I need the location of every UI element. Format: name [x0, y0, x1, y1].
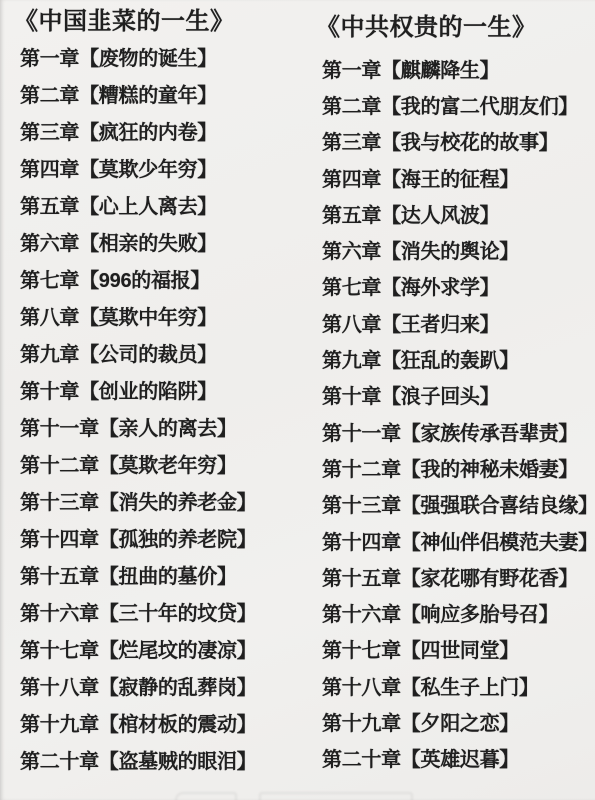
chapter-row: 第六章【相亲的失败】 [20, 223, 256, 260]
chapter-row: 第十二章【我的神秘未婚妻】 [322, 449, 595, 485]
chapter-row: 第十三章【消失的养老金】 [20, 482, 256, 519]
chapter-row: 第十章【浪子回头】 [322, 377, 595, 413]
chapter-row: 第五章【心上人离去】 [20, 186, 256, 223]
chapter-row: 第七章【996的福报】 [20, 260, 256, 297]
chapter-row: 第七章【海外求学】 [322, 268, 595, 304]
chapter-row: 第九章【狂乱的轰趴】 [322, 340, 595, 376]
chapter-row: 第九章【公司的裁员】 [20, 334, 256, 371]
chapter-row: 第十四章【神仙伴侣模范夫妻】 [322, 522, 595, 558]
chapter-row: 第十九章【棺材板的震动】 [20, 704, 256, 741]
chapter-row: 第六章【消失的舆论】 [322, 231, 595, 267]
watermark-text-shape [259, 792, 413, 800]
chapter-row: 第十七章【四世同堂】 [322, 631, 595, 667]
chapter-row: 第十章【创业的陷阱】 [20, 371, 256, 408]
chapter-row: 第一章【废物的诞生】 [20, 38, 256, 75]
chapter-row: 第十八章【私生子上门】 [322, 667, 595, 703]
left-column-title: 《中国韭菜的一生》 [14, 8, 256, 36]
chapter-row: 第十九章【夕阳之恋】 [322, 703, 595, 739]
watermark [175, 790, 413, 800]
chapter-row: 第二章【我的富二代朋友们】 [322, 86, 595, 122]
right-column: 《中共权贵的一生》 第一章【麒麟降生】 第二章【我的富二代朋友们】 第三章【我与… [322, 14, 595, 776]
chapter-row: 第十六章【响应多胎号召】 [322, 594, 595, 630]
chapter-row: 第十六章【三十年的坟贷】 [20, 593, 256, 630]
chapter-row: 第十三章【强强联合喜结良缘】 [322, 486, 595, 522]
chapter-row: 第十七章【烂尾坟的凄凉】 [20, 630, 256, 667]
chapter-row: 第十五章【家花哪有野花香】 [322, 558, 595, 594]
chapter-row: 第十一章【家族传承吾辈责】 [322, 413, 595, 449]
chapter-row: 第八章【王者归来】 [322, 304, 595, 340]
chapter-row: 第三章【疯狂的内卷】 [20, 112, 256, 149]
chapter-row: 第十四章【孤独的养老院】 [20, 519, 256, 556]
chapter-row: 第二章【糟糕的童年】 [20, 75, 256, 112]
left-chapter-list: 第一章【废物的诞生】 第二章【糟糕的童年】 第三章【疯狂的内卷】 第四章【莫欺少… [20, 38, 256, 778]
chapter-list-image: 《中国韭菜的一生》 第一章【废物的诞生】 第二章【糟糕的童年】 第三章【疯狂的内… [0, 0, 595, 800]
chapter-row: 第五章【达人风波】 [322, 195, 595, 231]
right-column-title: 《中共权贵的一生》 [316, 14, 595, 42]
chapter-row: 第十八章【寂静的乱葬岗】 [20, 667, 256, 704]
chapter-row: 第二十章【英雄迟暮】 [322, 740, 595, 776]
chapter-row: 第四章【海王的征程】 [322, 159, 595, 195]
chapter-row: 第十二章【莫欺老年穷】 [20, 445, 256, 482]
chapter-row: 第八章【莫欺中年穷】 [20, 297, 256, 334]
chapter-row: 第二十章【盗墓贼的眼泪】 [20, 741, 256, 778]
chapter-row: 第三章【我与校花的故事】 [322, 123, 595, 159]
chapter-row: 第十五章【扭曲的墓价】 [20, 556, 256, 593]
chapter-row: 第一章【麒麟降生】 [322, 50, 595, 86]
chapter-row: 第四章【莫欺少年穷】 [20, 149, 256, 186]
right-chapter-list: 第一章【麒麟降生】 第二章【我的富二代朋友们】 第三章【我与校花的故事】 第四章… [322, 50, 595, 776]
chapter-row: 第十一章【亲人的离去】 [20, 408, 256, 445]
left-column: 《中国韭菜的一生》 第一章【废物的诞生】 第二章【糟糕的童年】 第三章【疯狂的内… [20, 8, 256, 778]
watermark-logo-icon [175, 792, 237, 800]
